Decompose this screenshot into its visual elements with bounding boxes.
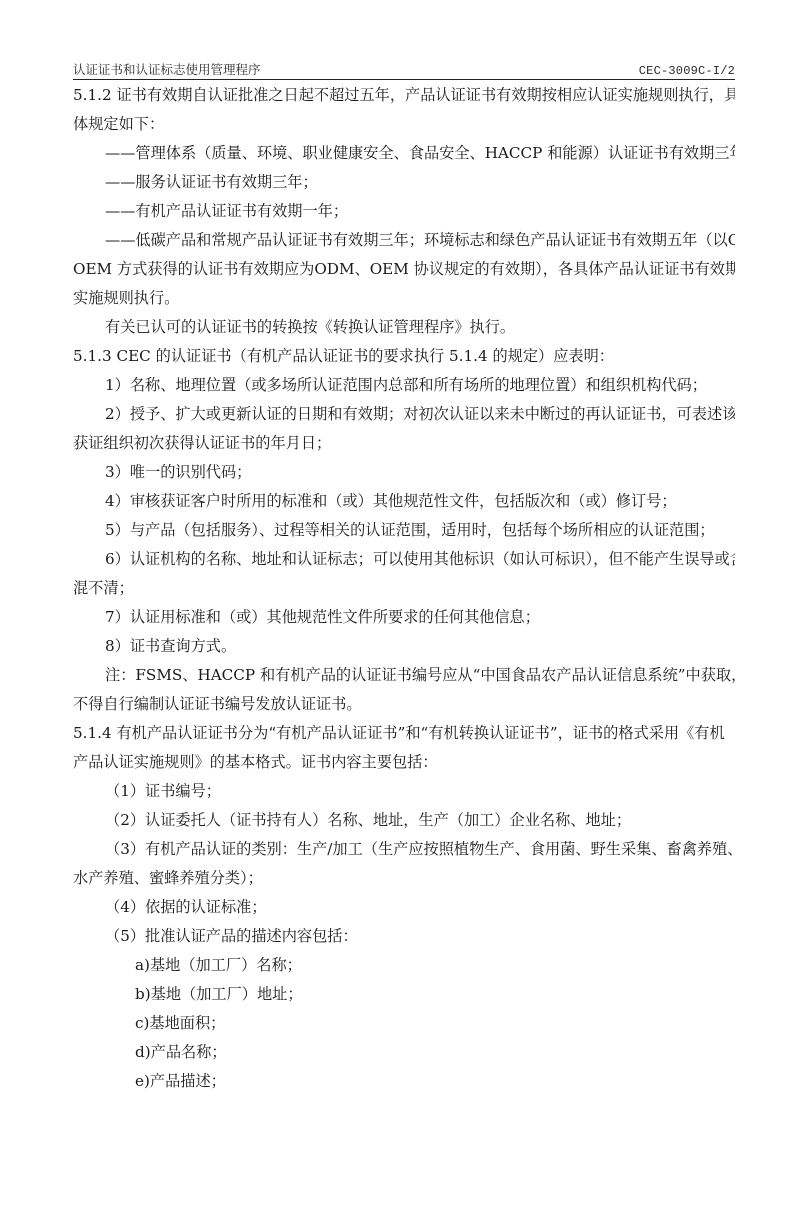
text-line: （5）批准认证产品的描述内容包括： bbox=[73, 922, 735, 951]
text-line: 5.1.2 证书有效期自认证批准之日起不超过五年，产品认证证书有效期按相应认证实… bbox=[73, 81, 735, 110]
text-line: 7）认证用标准和（或）其他规范性文件所要求的任何其他信息； bbox=[73, 603, 735, 632]
text-line: 2）授予、扩大或更新认证的日期和有效期；对初次认证以来未中断过的再认证证书，可表… bbox=[73, 400, 735, 429]
text-line: OEM 方式获得的认证书有效期应为ODM、OEM 协议规定的有效期），各具体产品… bbox=[73, 255, 735, 284]
text-line: c)基地面积； bbox=[73, 1009, 735, 1038]
document-code: CEC-3009C-I/2 bbox=[639, 64, 735, 78]
text-line: 5）与产品（包括服务）、过程等相关的认证范围，适用时，包括每个场所相应的认证范围… bbox=[73, 516, 735, 545]
text-line: 获证组织初次获得认证证书的年月日； bbox=[73, 429, 735, 458]
text-line: 4）审核获证客户时所用的标准和（或）其他规范性文件，包括版次和（或）修订号； bbox=[73, 487, 735, 516]
text-line: 实施规则执行。 bbox=[73, 284, 735, 313]
text-line: e)产品描述； bbox=[73, 1067, 735, 1096]
text-line: 3）唯一的识别代码； bbox=[73, 458, 735, 487]
text-line: 5.1.4 有机产品认证证书分为“有机产品认证证书”和“有机转换认证证书”，证书… bbox=[73, 719, 735, 748]
text-line: d)产品名称； bbox=[73, 1038, 735, 1067]
text-line: ——服务认证证书有效期三年； bbox=[73, 168, 735, 197]
text-line: （2）认证委托人（证书持有人）名称、地址，生产（加工）企业名称、地址； bbox=[73, 806, 735, 835]
text-line: 5.1.3 CEC 的认证证书（有机产品认证证书的要求执行 5.1.4 的规定）… bbox=[73, 342, 735, 371]
text-line: ——低碳产品和常规产品认证证书有效期三年；环境标志和绿色产品认证证书有效期五年（… bbox=[73, 226, 735, 255]
text-line: （3）有机产品认证的类别：生产/加工（生产应按照植物生产、食用菌、野生采集、畜禽… bbox=[73, 835, 735, 864]
text-line: 产品认证实施规则》的基本格式。证书内容主要包括： bbox=[73, 748, 735, 777]
text-line: 体规定如下： bbox=[73, 110, 735, 139]
text-line: 有关已认可的认证证书的转换按《转换认证管理程序》执行。 bbox=[73, 313, 735, 342]
text-line: 注：FSMS、HACCP 和有机产品的认证证书编号应从“中国食品农产品认证信息系… bbox=[73, 661, 735, 690]
text-line: 1）名称、地理位置（或多场所认证范围内总部和所有场所的地理位置）和组织机构代码； bbox=[73, 371, 735, 400]
text-line: 不得自行编制认证证书编号发放认证证书。 bbox=[73, 690, 735, 719]
document-body: 5.1.2 证书有效期自认证批准之日起不超过五年，产品认证证书有效期按相应认证实… bbox=[73, 81, 735, 1096]
text-line: 混不清； bbox=[73, 574, 735, 603]
document-title: 认证证书和认证标志使用管理程序 bbox=[73, 60, 261, 78]
page-header: 认证证书和认证标志使用管理程序 CEC-3009C-I/2 bbox=[73, 58, 735, 80]
text-line: （4）依据的认证标准； bbox=[73, 893, 735, 922]
text-line: ——有机产品认证证书有效期一年； bbox=[73, 197, 735, 226]
document-page: 认证证书和认证标志使用管理程序 CEC-3009C-I/2 5.1.2 证书有效… bbox=[73, 58, 735, 1096]
text-line: a)基地（加工厂）名称； bbox=[73, 951, 735, 980]
text-line: b)基地（加工厂）地址； bbox=[73, 980, 735, 1009]
text-line: （1）证书编号； bbox=[73, 777, 735, 806]
text-line: 水产养殖、蜜蜂养殖分类）； bbox=[73, 864, 735, 893]
text-line: 8）证书查询方式。 bbox=[73, 632, 735, 661]
text-line: ——管理体系（质量、环境、职业健康安全、食品安全、HACCP 和能源）认证证书有… bbox=[73, 139, 735, 168]
text-line: 6）认证机构的名称、地址和认证标志；可以使用其他标识（如认可标识），但不能产生误… bbox=[73, 545, 735, 574]
